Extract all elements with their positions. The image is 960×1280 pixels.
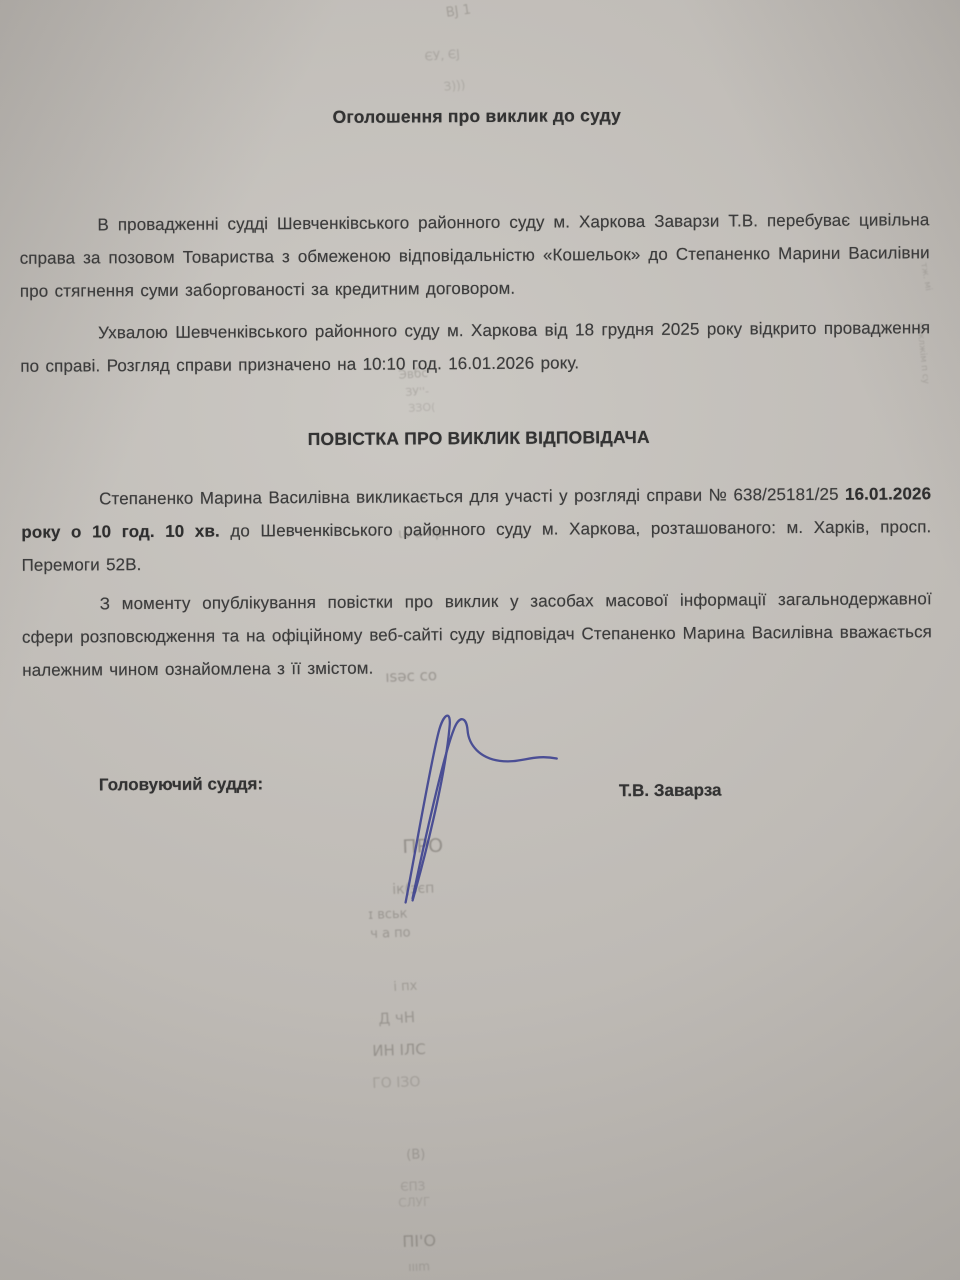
judge-name: Т.В. Заварза xyxy=(619,781,722,802)
paragraph-case-description: В провадженні судді Шевченківського райо… xyxy=(19,203,930,308)
document-title: Оголошення про виклик до суду xyxy=(0,103,957,130)
presiding-judge-label: Головуючий суддя: xyxy=(99,774,263,795)
document-body: Оголошення про виклик до суду В провадже… xyxy=(0,0,960,1280)
summons-heading: ПОВІСТКА ПРО ВИКЛИК ВІДПОВІДАЧА xyxy=(0,425,959,452)
summons-text-start: Степаненко Марина Василівна викликається… xyxy=(99,485,845,509)
paragraph-summons: Степаненко Марина Василівна викликається… xyxy=(21,477,932,582)
scanned-court-document: ВЈ 1ЄУ, ЄЈЗ)))тж. міпеклжім п суЭвбсЗУ''… xyxy=(0,0,960,1280)
judge-signature-ink xyxy=(360,699,581,915)
paragraph-notice: З моменту опублікування повістки про вик… xyxy=(22,582,933,687)
paragraph-ruling: Ухвалою Шевченківського районного суду м… xyxy=(20,311,930,383)
